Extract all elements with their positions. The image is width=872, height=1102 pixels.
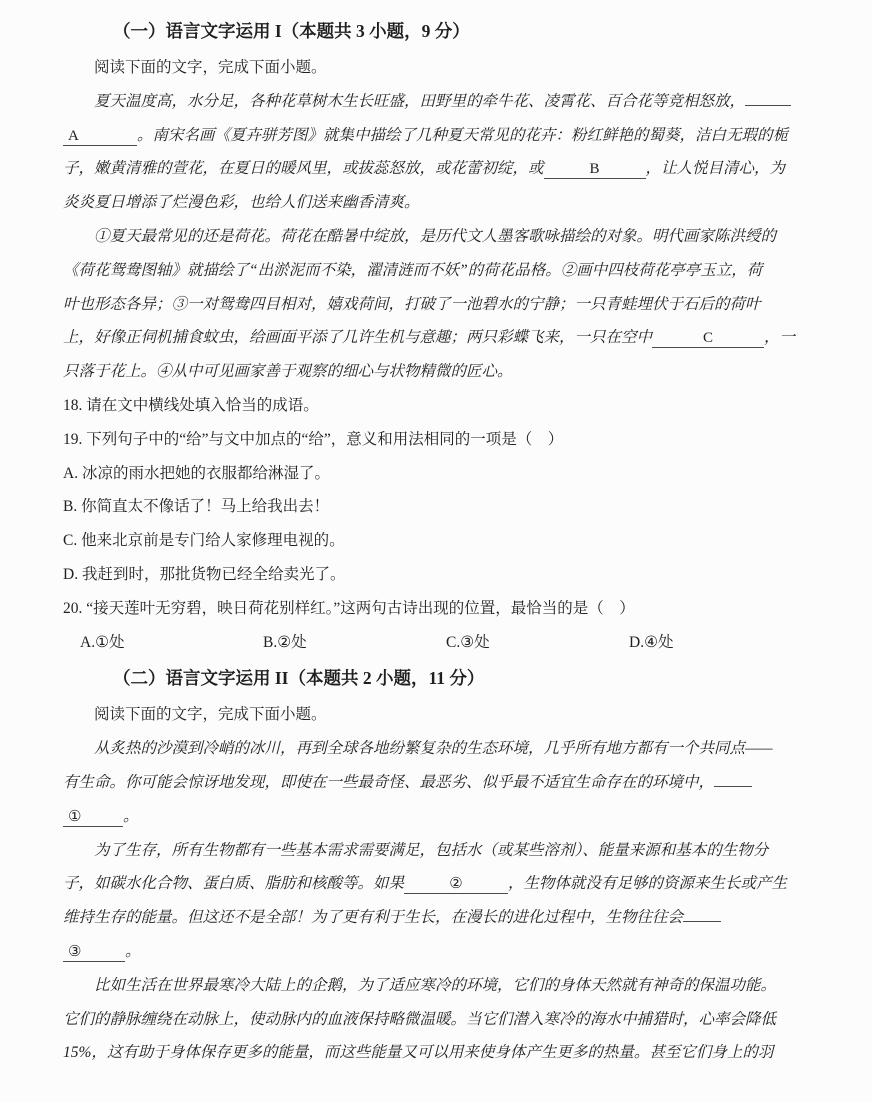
text-run: 。: [125, 943, 141, 960]
text-run: D. 我赶到时，那批货物已经全给卖光了。: [63, 566, 345, 583]
text-run: ，让人悦目清心，为: [646, 160, 786, 177]
blank-underline: [683, 904, 721, 922]
question-20: 20. “接天莲叶无穷碧，映日荷花别样红。”这两句古诗出现的位置，最恰当的是（ …: [63, 592, 823, 626]
text-run: 阅读下面的文字，完成下面小题。: [94, 59, 327, 76]
passage2-line: ③。: [63, 935, 823, 969]
answer-option: A.①处: [80, 626, 246, 660]
passage1-line: 夏天温度高，水分足，各种花草树木生长旺盛，田野里的牵牛花、凌霄花、百合花等竞相怒…: [63, 85, 823, 119]
text-run: 它们的静脉缠绕在动脉上，使动脉内的血液保持略微温暖。当它们潜入寒冷的海水中捕猎时…: [63, 1011, 776, 1028]
blank-underline: C: [652, 330, 764, 348]
text-run: 夏天温度高，水分足，各种花草树木生长旺盛，田野里的牵牛花、凌霄花、百合花等竞相怒…: [94, 93, 745, 110]
question-20-options-row: A.①处B.②处C.③处D.④处: [63, 626, 823, 660]
text-run: 上，好像正伺机捕食蚊虫，给画面平添了几许生机与意趣；两只彩蝶飞来，一只在空中: [63, 329, 652, 346]
passage1-line: ①夏天最常见的还是荷花。荷花在酷暑中绽放，是历代文人墨客歌咏描绘的对象。明代画家…: [63, 220, 823, 254]
question-19: 19. 下列句子中的“给”与文中加点的“给”，意义和用法相同的一项是（ ）: [63, 423, 823, 457]
passage1-line: 只落于花上。④从中可见画家善于观察的细心与状物精微的匠心。: [63, 355, 823, 389]
blank-underline: [745, 88, 791, 106]
passage1-line: 子，嫩黄清雅的萱花，在夏日的暖风里，或拔蕊怒放，或花蕾初绽，或B，让人悦目清心，…: [63, 152, 823, 186]
text-run: 叶也形态各异；③一对鸳鸯四目相对，嬉戏荷间，打破了一池碧水的宁静；一只青蛙埋伏于…: [63, 296, 761, 313]
question-19-option-c: C. 他来北京前是专门给人家修理电视的。: [63, 524, 823, 558]
blank-underline: A: [63, 128, 137, 146]
instruction-line: 阅读下面的文字，完成下面小题。: [63, 698, 823, 732]
blank-underline: ①: [63, 809, 123, 827]
question-19-option-d: D. 我赶到时，那批货物已经全给卖光了。: [63, 558, 823, 592]
text-run: 子，如碳水化合物、蛋白质、脂肪和核酸等。如果: [63, 875, 404, 892]
text-run: 为了生存，所有生物都有一些基本需求需要满足，包括水（或某些溶剂）、能量来源和基本…: [94, 842, 768, 859]
exam-page: （一）语言文字运用 I（本题共 3 小题，9 分）阅读下面的文字，完成下面小题。…: [0, 0, 823, 1070]
passage2-line: 为了生存，所有生物都有一些基本需求需要满足，包括水（或某些溶剂）、能量来源和基本…: [63, 834, 823, 868]
text-run: 。南宋名画《夏卉骈芳图》就集中描绘了几种夏天常见的花卉：粉红鲜艳的蜀葵，洁白无瑕…: [137, 127, 788, 144]
text-run: ，生物体就没有足够的资源来生长或产生: [508, 875, 787, 892]
passage1-line: A。南宋名画《夏卉骈芳图》就集中描绘了几种夏天常见的花卉：粉红鲜艳的蜀葵，洁白无…: [63, 119, 823, 153]
text-run: 20. “接天莲叶无穷碧，映日荷花别样红。”这两句古诗出现的位置，最恰当的是（ …: [63, 600, 635, 617]
text-run: 19. 下列句子中的“给”与文中加点的“给”，意义和用法相同的一项是（ ）: [63, 431, 563, 448]
question-19-option-b: B. 你简直太不像话了！马上给我出去！: [63, 490, 823, 524]
section2-heading: （二）语言文字运用 II（本题共 2 小题，11 分）: [63, 660, 823, 697]
section1-heading: （一）语言文字运用 I（本题共 3 小题，9 分）: [63, 13, 823, 50]
blank-underline: ②: [404, 876, 508, 894]
passage2-line: 比如生活在世界最寒冷大陆上的企鹅，为了适应寒冷的环境，它们的身体天然就有神奇的保…: [63, 969, 823, 1003]
text-run: ①夏天最常见的还是荷花。荷花在酷暑中绽放，是历代文人墨客歌咏描绘的对象。明代画家…: [94, 228, 776, 245]
text-run: A. 冰凉的雨水把她的衣服都给淋湿了。: [63, 465, 330, 482]
passage2-line: 15%，这有助于身体保存更多的能量，而这些能量又可以用来使身体产生更多的热量。甚…: [63, 1036, 823, 1070]
text-run: 15%，这有助于身体保存更多的能量，而这些能量又可以用来使身体产生更多的热量。甚…: [63, 1044, 773, 1061]
question-18: 18. 请在文中横线处填入恰当的成语。: [63, 389, 823, 423]
answer-option: D.④处: [629, 626, 795, 660]
text-run: 比如生活在世界最寒冷大陆上的企鹅，为了适应寒冷的环境，它们的身体天然就有神奇的保…: [94, 977, 776, 994]
answer-option: B.②处: [263, 626, 429, 660]
passage1-line: 叶也形态各异；③一对鸳鸯四目相对，嬉戏荷间，打破了一池碧水的宁静；一只青蛙埋伏于…: [63, 288, 823, 322]
passage2-line: 从炙热的沙漠到冷峭的冰川，再到全球各地纷繁复杂的生态环境，几乎所有地方都有一个共…: [63, 732, 823, 766]
text-run: 从炙热的沙漠到冷峭的冰川，再到全球各地纷繁复杂的生态环境，几乎所有地方都有一个共…: [94, 740, 773, 757]
passage1-line: 炎炎夏日增添了烂漫色彩，也给人们送来幽香清爽。: [63, 186, 823, 220]
text-run: ，一: [764, 329, 795, 346]
text-run: 《荷花鸳鸯图轴》就描绘了“出淤泥而不染，濯清涟而不妖”的荷花品格。②画中四枝荷花…: [63, 262, 762, 279]
text-run: 阅读下面的文字，完成下面小题。: [94, 706, 327, 723]
text-run: 子，嫩黄清雅的萱花，在夏日的暖风里，或拔蕊怒放，或花蕾初绽，或: [63, 160, 544, 177]
passage1-line: 上，好像正伺机捕食蚊虫，给画面平添了几许生机与意趣；两只彩蝶飞来，一只在空中C，…: [63, 321, 823, 355]
blank-underline: ③: [63, 944, 125, 962]
blank-underline: B: [544, 161, 646, 179]
text-run: 维持生存的能量。但这还不是全部！为了更有利于生长，在漫长的进化过程中，生物往往会: [63, 909, 683, 926]
blank-underline: [714, 769, 752, 787]
passage1-line: 《荷花鸳鸯图轴》就描绘了“出淤泥而不染，濯清涟而不妖”的荷花品格。②画中四枝荷花…: [63, 254, 823, 288]
instruction-line: 阅读下面的文字，完成下面小题。: [63, 51, 823, 85]
text-run: 18. 请在文中横线处填入恰当的成语。: [63, 397, 319, 414]
text-run: 只落于花上。④从中可见画家善于观察的细心与状物精微的匠心。: [63, 363, 513, 380]
passage2-line: 维持生存的能量。但这还不是全部！为了更有利于生长，在漫长的进化过程中，生物往往会: [63, 901, 823, 935]
text-run: C. 他来北京前是专门给人家修理电视的。: [63, 532, 345, 549]
text-run: 炎炎夏日增添了烂漫色彩，也给人们送来幽香清爽。: [63, 194, 420, 211]
passage2-line: ①。: [63, 800, 823, 834]
text-run: 。: [123, 808, 139, 825]
text-run: 有生命。你可能会惊讶地发现，即使在一些最奇怪、最恶劣、似乎最不适宜生命存在的环境…: [63, 774, 714, 791]
passage2-line: 子，如碳水化合物、蛋白质、脂肪和核酸等。如果②，生物体就没有足够的资源来生长或产…: [63, 867, 823, 901]
question-19-option-a: A. 冰凉的雨水把她的衣服都给淋湿了。: [63, 457, 823, 491]
answer-option: C.③处: [446, 626, 612, 660]
text-run: B. 你简直太不像话了！马上给我出去！: [63, 498, 329, 515]
passage2-line: 有生命。你可能会惊讶地发现，即使在一些最奇怪、最恶劣、似乎最不适宜生命存在的环境…: [63, 766, 823, 800]
passage2-line: 它们的静脉缠绕在动脉上，使动脉内的血液保持略微温暖。当它们潜入寒冷的海水中捕猎时…: [63, 1003, 823, 1037]
